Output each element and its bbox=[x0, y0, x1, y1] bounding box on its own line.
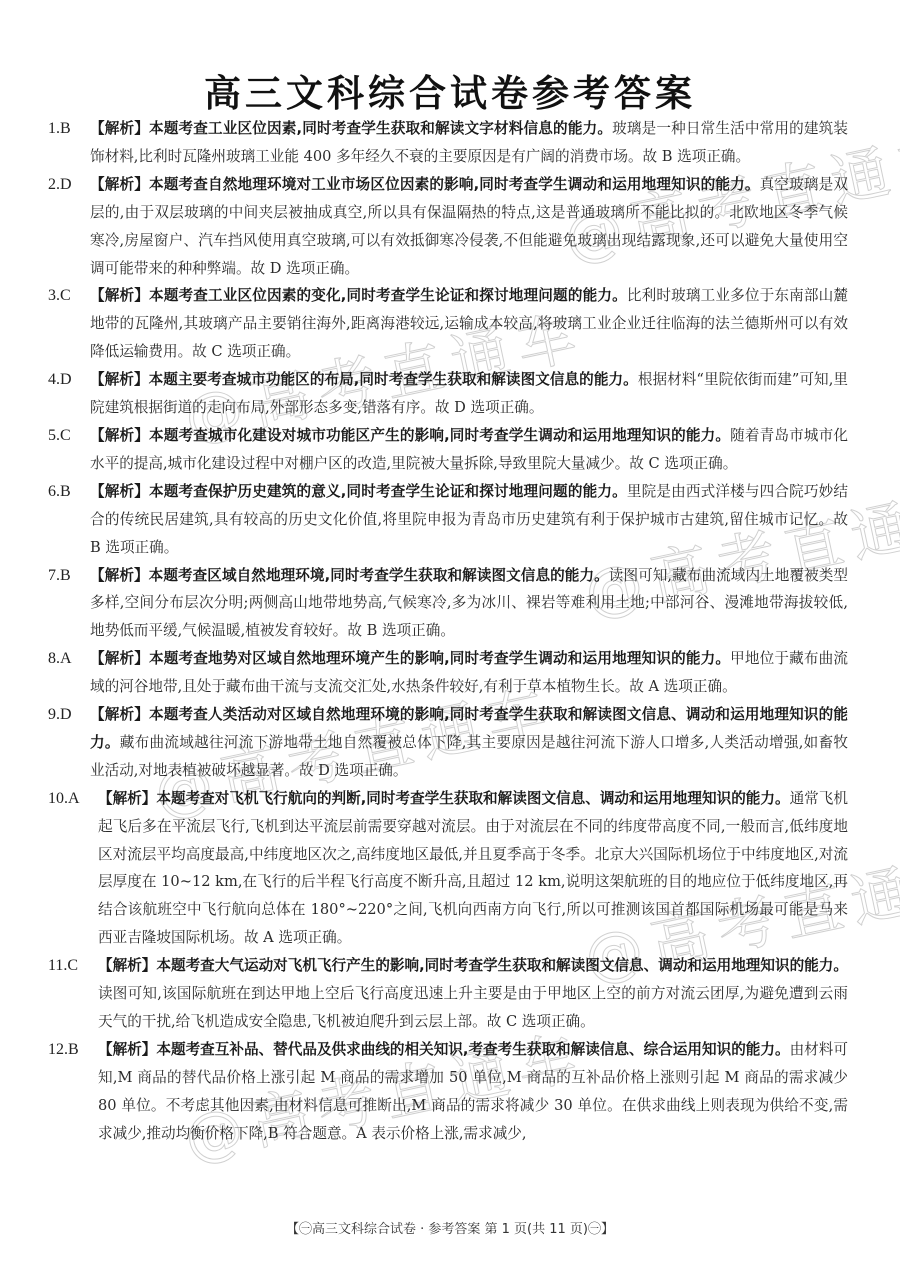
analysis-tag: 【解析】 bbox=[90, 427, 149, 444]
answer-item-11: 11.C【解析】本题考查大气运动对飞机飞行产生的影响,同时考查学生获取和解读图文… bbox=[48, 952, 848, 1036]
answer-item-5: 5.C【解析】本题考查城市化建设对城市功能区产生的影响,同时考查学生调动和运用地… bbox=[48, 422, 848, 478]
answer-number: 5.C bbox=[48, 422, 71, 450]
answer-item-9: 9.D【解析】本题考查人类活动对区域自然地理环境的影响,同时考查学生获取和解读图… bbox=[48, 701, 848, 785]
answer-lead: 本题考查工业区位因素的变化,同时考查学生论证和探讨地理问题的能力。 bbox=[149, 287, 627, 304]
answer-number: 12.B bbox=[48, 1036, 79, 1064]
page-title: 高三文科综合试卷参考答案 bbox=[0, 63, 900, 117]
page-footer: 【㊀高三文科综合试卷 · 参考答案 第 1 页(共 11 页)㊀】 bbox=[0, 1218, 900, 1237]
answer-lead: 本题主要考查城市功能区的布局,同时考查学生获取和解读图文信息的能力。 bbox=[149, 371, 638, 388]
answer-item-3: 3.C【解析】本题考查工业区位因素的变化,同时考查学生论证和探讨地理问题的能力。… bbox=[48, 282, 848, 366]
answer-number: 1.B bbox=[48, 115, 71, 143]
answer-number: 11.C bbox=[48, 952, 78, 980]
analysis-tag: 【解析】 bbox=[90, 176, 149, 193]
analysis-tag: 【解析】 bbox=[90, 287, 149, 304]
answer-number: 2.D bbox=[48, 171, 72, 199]
answer-number: 7.B bbox=[48, 562, 71, 590]
answer-lead: 本题考查自然地理环境对工业市场区位因素的影响,同时考查学生调动和运用地理知识的能… bbox=[149, 176, 760, 193]
answer-number: 6.B bbox=[48, 478, 71, 506]
answer-number: 9.D bbox=[48, 701, 72, 729]
analysis-tag: 【解析】 bbox=[90, 706, 149, 723]
answer-item-6: 6.B【解析】本题考查保护历史建筑的意义,同时考查学生论证和探讨地理问题的能力。… bbox=[48, 478, 848, 562]
analysis-tag: 【解析】 bbox=[90, 371, 149, 388]
answer-lead: 本题考查地势对区域自然地理环境产生的影响,同时考查学生调动和运用地理知识的能力。 bbox=[149, 650, 730, 667]
answer-item-4: 4.D【解析】本题主要考查城市功能区的布局,同时考查学生获取和解读图文信息的能力… bbox=[48, 366, 848, 422]
answer-lead: 本题考查对飞机飞行航向的判断,同时考查学生获取和解读图文信息、调动和运用地理知识… bbox=[156, 790, 789, 807]
answer-item-12: 12.B【解析】本题考查互补品、替代品及供求曲线的相关知识,考查考生获取和解读信… bbox=[48, 1036, 848, 1148]
answer-lead: 本题考查区域自然地理环境,同时考查学生获取和解读图文信息的能力。 bbox=[149, 567, 609, 584]
analysis-tag: 【解析】 bbox=[90, 483, 149, 500]
answer-body: 通常飞机起飞后多在平流层飞行,飞机到达平流层前需要穿越对流层。由于对流层在不同的… bbox=[98, 790, 848, 947]
answer-number: 3.C bbox=[48, 282, 71, 310]
answer-item-7: 7.B【解析】本题考查区域自然地理环境,同时考查学生获取和解读图文信息的能力。读… bbox=[48, 562, 848, 646]
answer-body: 藏布曲流域越往河流下游地带土地自然覆被总体下降,其主要原因是越往河流下游人口增多… bbox=[90, 734, 848, 779]
analysis-tag: 【解析】 bbox=[98, 1041, 156, 1058]
analysis-tag: 【解析】 bbox=[98, 790, 156, 807]
analysis-tag: 【解析】 bbox=[90, 650, 149, 667]
answer-number: 10.A bbox=[48, 785, 80, 813]
answer-number: 4.D bbox=[48, 366, 72, 394]
answer-lead: 本题考查保护历史建筑的意义,同时考查学生论证和探讨地理问题的能力。 bbox=[149, 483, 627, 500]
analysis-tag: 【解析】 bbox=[90, 120, 149, 137]
answer-item-10: 10.A【解析】本题考查对飞机飞行航向的判断,同时考查学生获取和解读图文信息、调… bbox=[48, 785, 848, 952]
answer-number: 8.A bbox=[48, 645, 72, 673]
answer-list: 1.B【解析】本题考查工业区位因素,同时考查学生获取和解读文字材料信息的能力。玻… bbox=[48, 115, 848, 1148]
answer-item-8: 8.A【解析】本题考查地势对区域自然地理环境产生的影响,同时考查学生调动和运用地… bbox=[48, 645, 848, 701]
answer-item-1: 1.B【解析】本题考查工业区位因素,同时考查学生获取和解读文字材料信息的能力。玻… bbox=[48, 115, 848, 171]
answer-item-2: 2.D【解析】本题考查自然地理环境对工业市场区位因素的影响,同时考查学生调动和运… bbox=[48, 171, 848, 283]
analysis-tag: 【解析】 bbox=[98, 957, 156, 974]
answer-lead: 本题考查互补品、替代品及供求曲线的相关知识,考查考生获取和解读信息、综合运用知识… bbox=[156, 1041, 789, 1058]
analysis-tag: 【解析】 bbox=[90, 567, 149, 584]
answer-lead: 本题考查工业区位因素,同时考查学生获取和解读文字材料信息的能力。 bbox=[149, 120, 612, 137]
answer-lead: 本题考查大气运动对飞机飞行产生的影响,同时考查学生获取和解读图文信息、调动和运用… bbox=[156, 957, 848, 974]
answer-body: 读图可知,该国际航班在到达甲地上空后飞行高度迅速上升主要是由于甲地区上空的前方对… bbox=[98, 985, 848, 1030]
answer-lead: 本题考查城市化建设对城市功能区产生的影响,同时考查学生调动和运用地理知识的能力。 bbox=[149, 427, 730, 444]
